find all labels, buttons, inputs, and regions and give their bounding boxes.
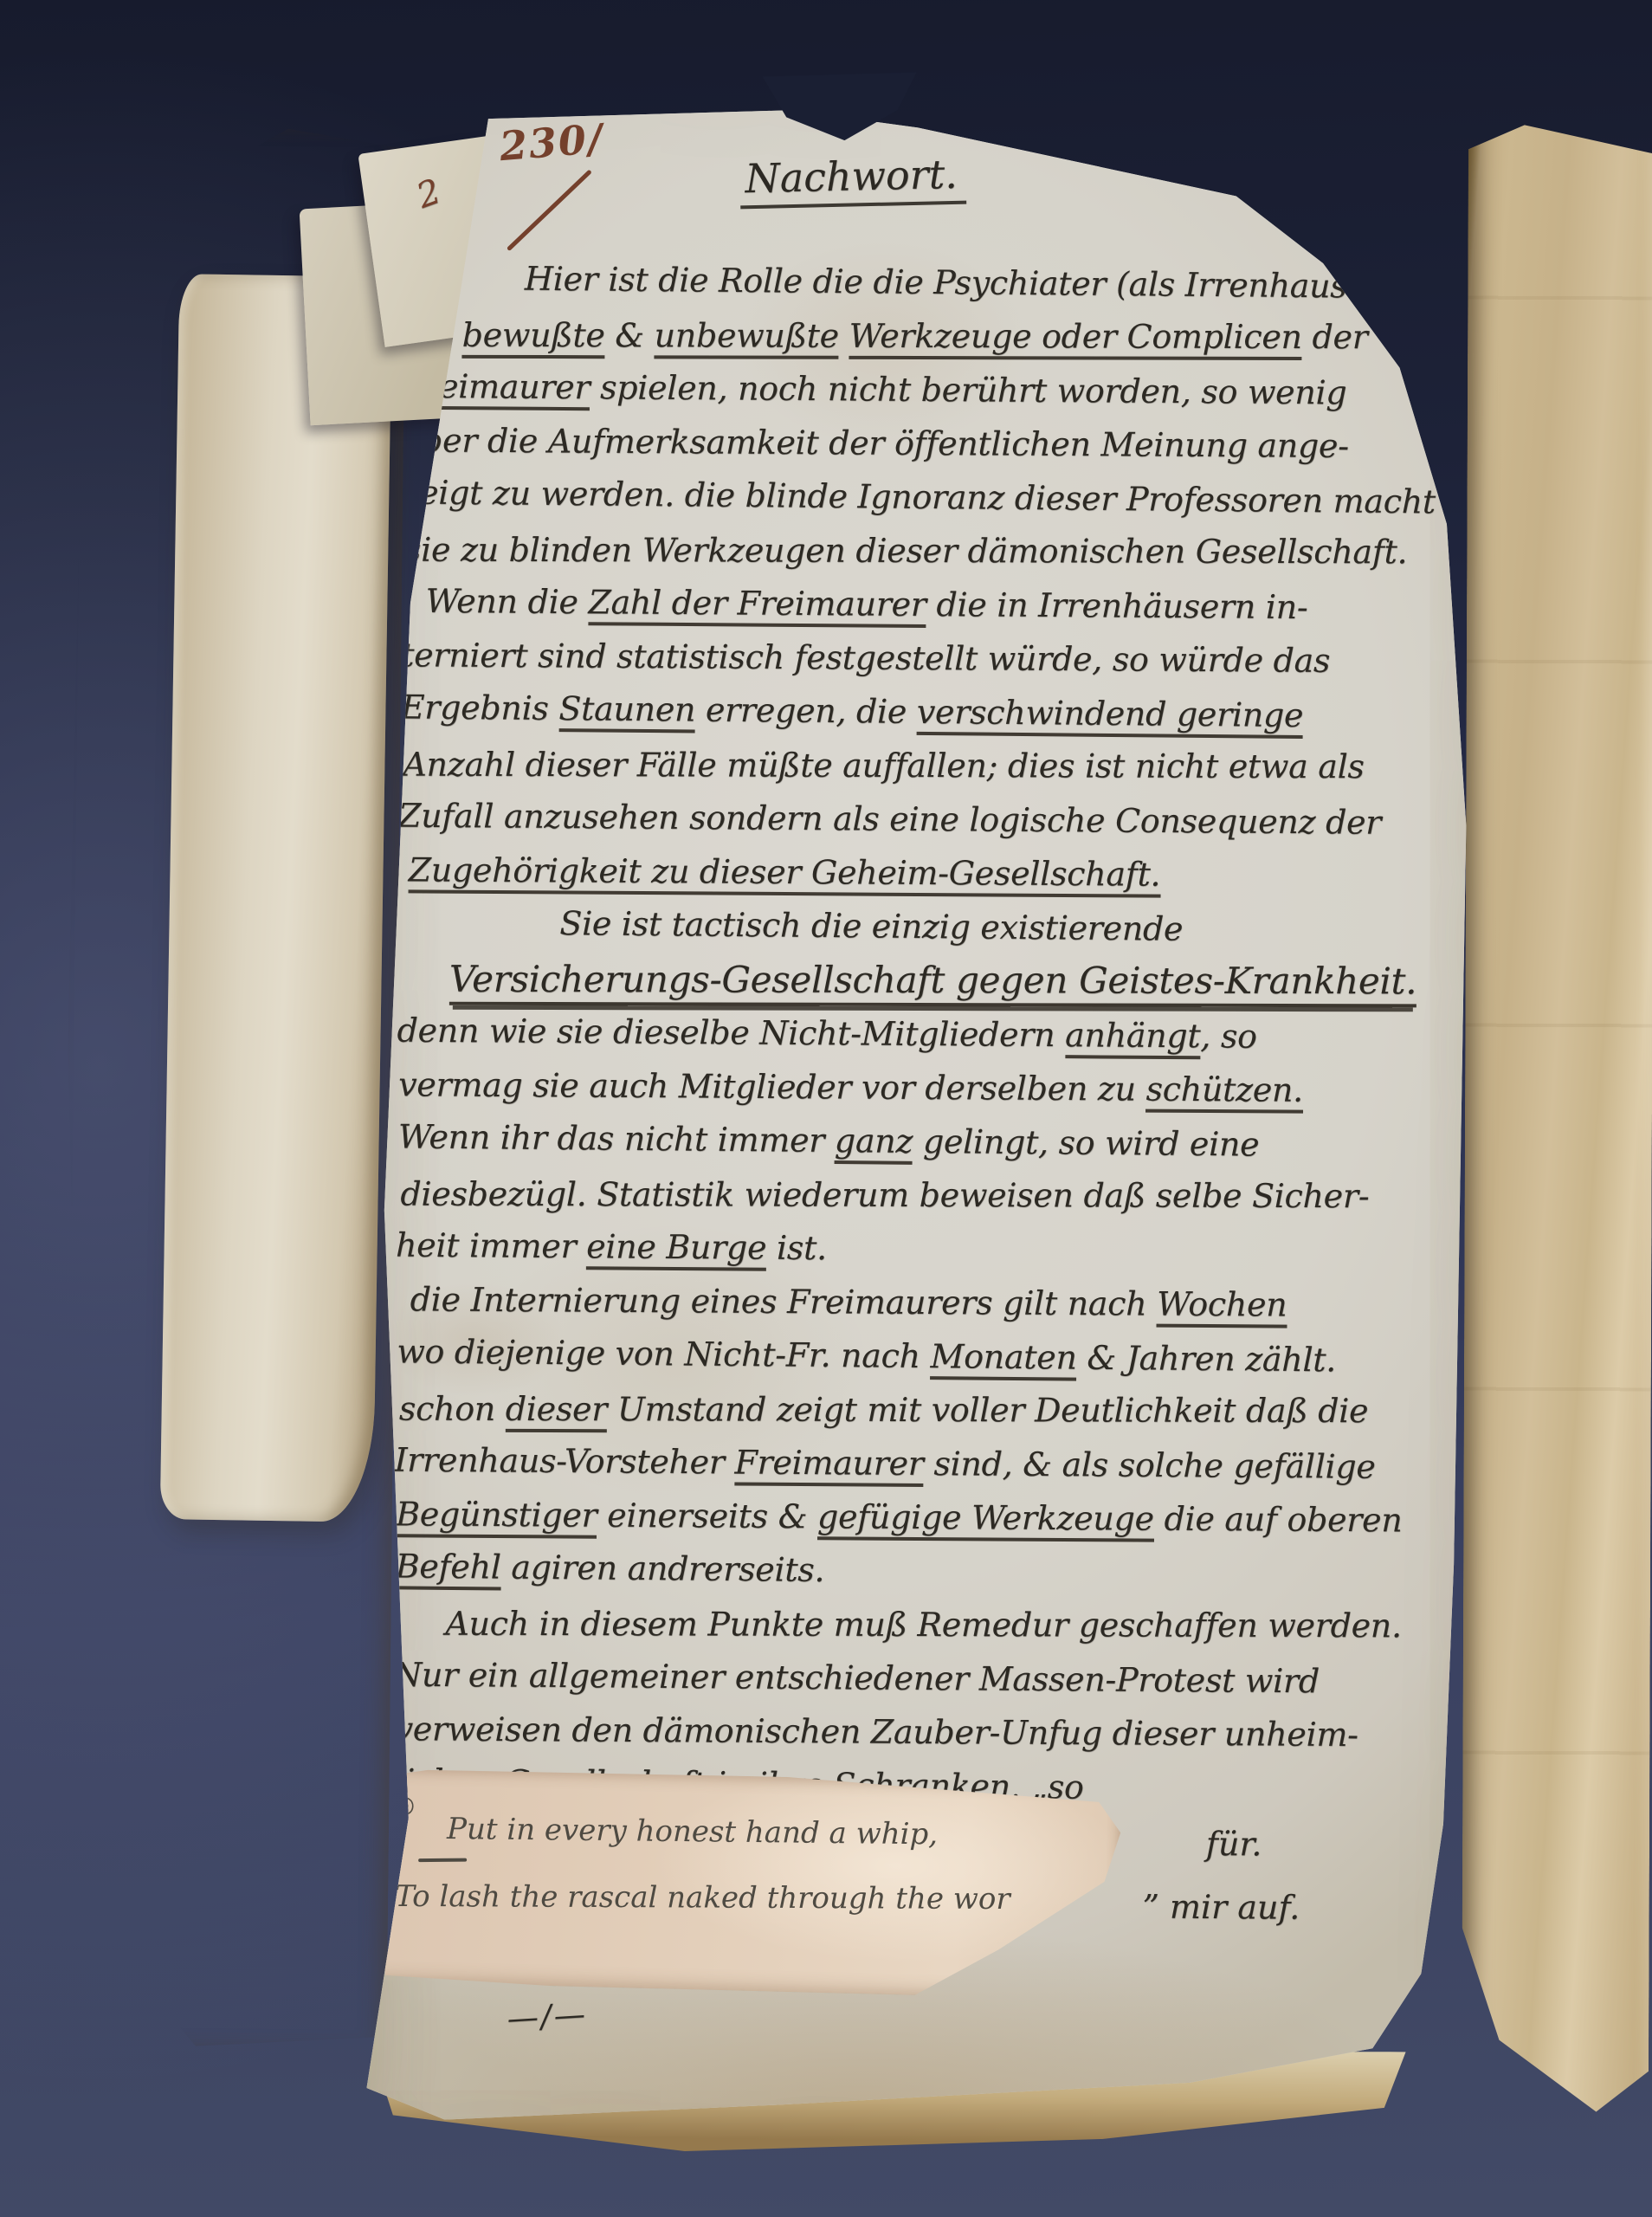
manuscript-text-segment: heit immer (396, 1226, 586, 1266)
slip-quote-line-1: Put in every honest hand a whip, (447, 1812, 938, 1852)
manuscript-line: terniert sind statistisch festgestellt w… (401, 630, 1462, 689)
manuscript-text-segment: Wochen (1157, 1285, 1287, 1328)
manuscript-text-segment: , so (1200, 1017, 1257, 1055)
manuscript-text-segment: Staunen (558, 689, 695, 733)
photograph-backdrop: 2 230/ Nachwort. Hier ist die Rolle die … (0, 0, 1652, 2217)
manuscript-line: Versicherungs-Gesellschaft gegen Geistes… (402, 954, 1462, 1011)
manuscript-text-segment: Zugehörigkeit zu dieser Geheim-Gesellsch… (409, 850, 1161, 897)
manuscript-text-segment: Irrenhaus-Vorsteher (394, 1441, 734, 1482)
manuscript-text-segment: ist. (766, 1229, 827, 1267)
manuscript-line: heit immer eine Burge ist. (396, 1220, 1456, 1282)
manuscript-line: Irrenhaus-Vorsteher Freimaurer sind, & a… (394, 1435, 1455, 1496)
manuscript-text-segment: die auf oberen (1154, 1500, 1403, 1540)
manuscript-line: Sie ist tactisch die einzig existierende (399, 896, 1461, 960)
manuscript-text-segment: sie zu blinden Werkzeugen dieser dämonis… (404, 531, 1407, 572)
manuscript-line: verweisen den dämonischen Zauber-Unfug d… (394, 1703, 1455, 1763)
manuscript-line: sie zu blinden Werkzeugen dieser dämonis… (404, 525, 1465, 581)
manuscript-line: schon dieser Umstand zeigt mit voller De… (399, 1384, 1460, 1440)
manuscript-text-segment: vermag sie auch Mitglieder vor derselben… (398, 1065, 1146, 1108)
manuscript-text-segment: die Internierung eines Freimaurers gilt … (410, 1280, 1158, 1322)
manuscript-line: Wenn die Zahl der Freimaurer die in Irre… (399, 576, 1460, 637)
circle-mark-icon: ◎ (393, 1789, 415, 1819)
manuscript-text-segment: Hier ist die Rolle die die Psychiater (a… (525, 260, 1515, 307)
manuscript-text-segment: eine Burge (586, 1227, 766, 1270)
manuscript-text-segment: die in Irrenhäusern in- (926, 585, 1308, 626)
text-fragment-upper: für. (1206, 1825, 1262, 1863)
manuscript-text-segment: erregen, die (695, 691, 917, 731)
manuscript-line: Ergebnis Staunen erregen, die verschwind… (401, 682, 1462, 745)
manuscript-text-segment: verschwindend geringe (917, 693, 1304, 739)
manuscript-text-segment: Wenn ihr das nicht immer (398, 1117, 835, 1160)
manuscript-text-segment: Nur ein allgemeiner entschiedener Massen… (393, 1656, 1320, 1701)
manuscript-text-segment: Versicherungs-Gesellschaft gegen Geistes… (449, 958, 1416, 1008)
manuscript-text-segment: gefügige Werkzeuge (817, 1497, 1154, 1542)
manuscript-text-segment: unbewußte (655, 316, 839, 359)
page-stack-flap (160, 274, 393, 1522)
manuscript-text-segment: zeigt zu werden. die blinde Ignoranz die… (402, 473, 1436, 520)
facing-page-edge (1462, 88, 1652, 2133)
page-number-flourish (507, 169, 592, 251)
manuscript-text-segment: schon (399, 1390, 506, 1428)
manuscript-text-segment: Zufall anzusehen sondern als eine logisc… (398, 797, 1381, 842)
manuscript-text-segment: dieser (506, 1390, 607, 1432)
manuscript-text-segment: terniert sind statistisch festgestellt w… (401, 636, 1330, 680)
page-heading: Nachwort. (739, 151, 967, 210)
manuscript-text-segment: & (604, 316, 654, 354)
manuscript-line: Freimaurer spielen, noch nicht berührt w… (401, 361, 1462, 423)
manuscript-line: die Internierung eines Freimaurers gilt … (397, 1274, 1457, 1334)
manuscript-line: Zufall anzusehen sondern als eine logisc… (398, 791, 1459, 852)
manuscript-text-segment: Auch in diesem Punkte muß Remedur gescha… (445, 1605, 1401, 1645)
manuscript-text-segment: aber die Aufmerksamkeit der öffentlichen… (403, 421, 1349, 465)
manuscript-text-segment: Monaten (930, 1337, 1077, 1381)
manuscript-text-segment: denn wie sie dieselbe Nicht-Mitgliedern (397, 1012, 1065, 1055)
manuscript-text-segment: Sie ist tactisch die einzig existierende (559, 904, 1183, 948)
closing-flourish: —/— (506, 1996, 589, 2037)
manuscript-text-segment: Begünstiger (396, 1495, 597, 1538)
manuscript-text-segment: wo diejenige von Nicht-Fr. nach (397, 1332, 931, 1375)
manuscript-line: Wenn ihr das nicht immer ganz gelingt, s… (398, 1111, 1460, 1174)
manuscript-text-segment: Zahl der Freimaurer (588, 583, 926, 628)
manuscript-text-segment: diesbezügl. Statistik wiederum beweisen … (400, 1175, 1369, 1216)
manuscript-text-segment: Ergebnis (401, 688, 559, 727)
manuscript-line: Zugehörigkeit zu dieser Geheim-Gesellsch… (400, 844, 1461, 904)
slip-underline-stroke (418, 1858, 467, 1863)
manuscript-text-segment: agiren andrerseits. (500, 1548, 824, 1588)
manuscript-text-segment: bewußte (462, 316, 605, 359)
manuscript-text-segment: spielen, noch nicht berührt worden, so w… (590, 368, 1346, 411)
page-number: 230/ (498, 115, 606, 171)
manuscript-line: diesbezügl. Statistik wiederum beweisen … (400, 1169, 1461, 1225)
manuscript-text-segment: gelingt, so wird eine (913, 1122, 1260, 1164)
pasted-slip: ◎ Put in every honest hand a whip, To la… (371, 1767, 1122, 2000)
manuscript-text-segment: sind, & als solche gefällige (923, 1445, 1375, 1486)
manuscript-body: Hier ist die Rolle die die Psychiater (a… (394, 254, 1464, 1817)
behind-page-number: 2 (411, 171, 446, 217)
manuscript-text-segment: ganz (835, 1121, 913, 1165)
manuscript-line: zeigt zu werden. die blinde Ignoranz die… (402, 467, 1463, 530)
manuscript-text-segment: Freimaurer (734, 1443, 924, 1487)
manuscript-line: wo diejenige von Nicht-Fr. nach Monaten … (397, 1326, 1458, 1389)
manuscript-text-segment: Wenn die (425, 582, 588, 621)
manuscript-text-segment (839, 317, 849, 355)
manuscript-line: aber die Aufmerksamkeit der öffentlichen… (403, 415, 1463, 475)
manuscript-text-segment: einerseits & (597, 1496, 817, 1536)
manuscript-line: Hier ist die Rolle die die Psychiater (a… (403, 252, 1465, 315)
manuscript-page: 230/ Nachwort. Hier ist die Rolle die di… (358, 70, 1489, 2157)
manuscript-text-segment: schützen. (1145, 1070, 1303, 1114)
manuscript-line: Anzahl dieser Fälle müßte auffallen; die… (403, 740, 1463, 796)
manuscript-line: Begünstiger einerseits & gefügige Werkze… (396, 1489, 1456, 1548)
manuscript-line: Nur ein allgemeiner entschiedener Massen… (393, 1650, 1454, 1711)
manuscript-line: Auch in diesem Punkte muß Remedur gescha… (397, 1599, 1458, 1655)
manuscript-text-segment: der (1302, 318, 1368, 356)
manuscript-text-segment: Werkzeuge oder Complicen (849, 317, 1302, 360)
text-fragment-lower: ” mir auf. (1142, 1888, 1300, 1927)
manuscript-line: denn wie sie dieselbe Nicht-Mitgliedern … (397, 1005, 1457, 1067)
manuscript-text-segment: Umstand zeigt mit voller Deutlichkeit da… (607, 1390, 1368, 1430)
manuscript-text-segment: anhängt (1065, 1016, 1201, 1059)
manuscript-line: vermag sie auch Mitglieder vor derselben… (398, 1059, 1459, 1119)
manuscript-text-segment: Befehl (396, 1547, 501, 1590)
manuscript-line: Befehl agiren andrerseits. (396, 1541, 1457, 1604)
manuscript-text-segment: & Jahren zählt. (1076, 1339, 1336, 1380)
slip-quote-line-2: To lash the rascal naked through the wor (395, 1879, 1010, 1916)
manuscript-line: als bewußte & unbewußte Werkzeuge oder C… (405, 310, 1466, 366)
manuscript-text-segment: Anzahl dieser Fälle müßte auffallen; die… (403, 746, 1364, 786)
manuscript-text-segment: verweisen den dämonischen Zauber-Unfug d… (395, 1710, 1358, 1754)
